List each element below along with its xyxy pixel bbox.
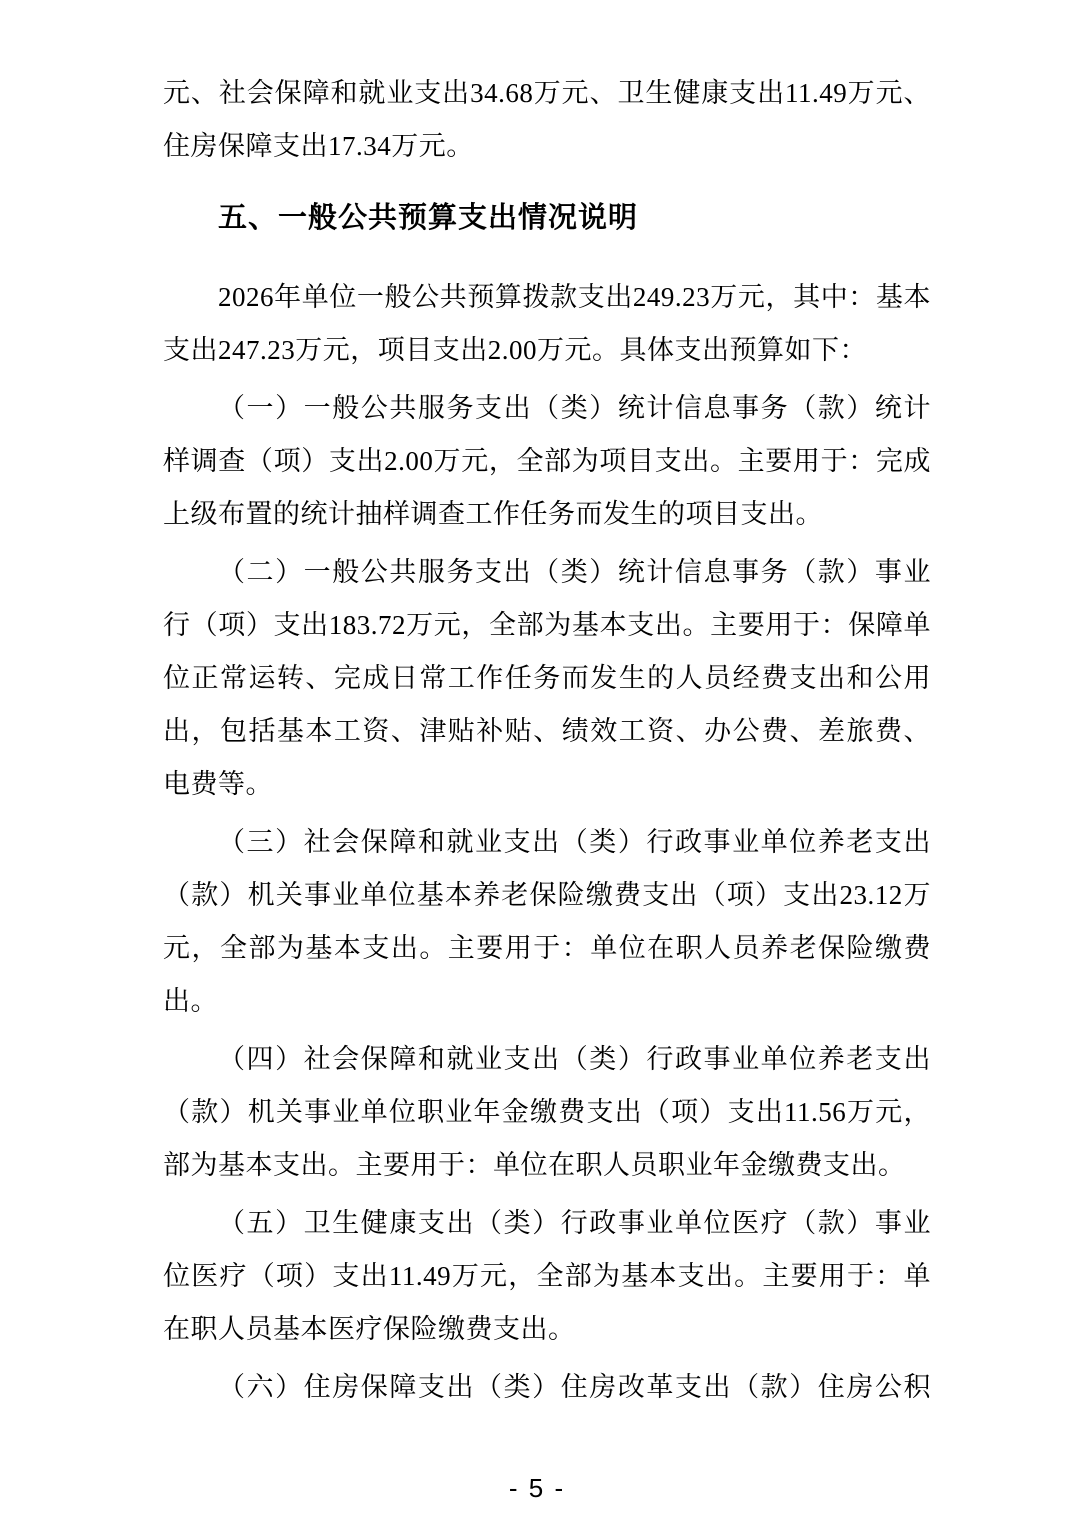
paragraph-item-2: （二）一般公共服务支出（类）统计信息事务（款）事业运 行（项）支出183.72万… [163, 546, 931, 811]
text-line: 上级布置的统计抽样调查工作任务而发生的项目支出。 [163, 488, 931, 541]
paragraph-overview: 2026年单位一般公共预算拨款支出249.23万元，其中：基本 支出247.23… [163, 271, 931, 377]
text-line: 在职人员基本医疗保险缴费支出。 [163, 1303, 931, 1356]
text-line: （六）住房保障支出（类）住房改革支出（款）住房公积金 [163, 1361, 931, 1414]
text-line: 电费等。 [163, 758, 931, 811]
paragraph-item-1: （一）一般公共服务支出（类）统计信息事务（款）统计抽 样调查（项）支出2.00万… [163, 382, 931, 541]
page-body: 元、社会保障和就业支出34.68万元、卫生健康支出11.49万元、 住房保障支出… [163, 67, 931, 1419]
text-line: （一）一般公共服务支出（类）统计信息事务（款）统计抽 [163, 382, 931, 435]
text-line: （款）机关事业单位职业年金缴费支出（项）支出11.56万元，全 [163, 1086, 931, 1139]
page-number: - 5 - [509, 1473, 565, 1503]
text-line: 住房保障支出17.34万元。 [163, 120, 931, 173]
text-line: 出，包括基本工资、津贴补贴、绩效工资、办公费、差旅费、邮 [163, 705, 931, 758]
document-page: 元、社会保障和就业支出34.68万元、卫生健康支出11.49万元、 住房保障支出… [0, 0, 1074, 1520]
section-heading: 五、一般公共预算支出情况说明 [163, 192, 931, 245]
paragraph-item-5: （五）卫生健康支出（类）行政事业单位医疗（款）事业单 位医疗（项）支出11.49… [163, 1197, 931, 1356]
text-line: 位医疗（项）支出11.49万元，全部为基本支出。主要用于：单位 [163, 1250, 931, 1303]
text-line: （五）卫生健康支出（类）行政事业单位医疗（款）事业单 [163, 1197, 931, 1250]
text-line: 行（项）支出183.72万元，全部为基本支出。主要用于：保障单 [163, 599, 931, 652]
text-line: （款）机关事业单位基本养老保险缴费支出（项）支出23.12万 [163, 869, 931, 922]
text-line: 元、社会保障和就业支出34.68万元、卫生健康支出11.49万元、 [163, 67, 931, 120]
paragraph-item-4: （四）社会保障和就业支出（类）行政事业单位养老支出 （款）机关事业单位职业年金缴… [163, 1033, 931, 1192]
text-line: 位正常运转、完成日常工作任务而发生的人员经费支出和公用支 [163, 652, 931, 705]
text-line: 出。 [163, 975, 931, 1028]
text-line: 支出247.23万元，项目支出2.00万元。具体支出预算如下： [163, 324, 931, 377]
text-line: 部为基本支出。主要用于：单位在职人员职业年金缴费支出。 [163, 1139, 931, 1192]
paragraph-item-3: （三）社会保障和就业支出（类）行政事业单位养老支出 （款）机关事业单位基本养老保… [163, 816, 931, 1028]
page-footer: - 5 - [0, 1462, 1074, 1515]
text-line: （三）社会保障和就业支出（类）行政事业单位养老支出 [163, 816, 931, 869]
paragraph-item-6: （六）住房保障支出（类）住房改革支出（款）住房公积金 [163, 1361, 931, 1414]
continued-paragraph: 元、社会保障和就业支出34.68万元、卫生健康支出11.49万元、 住房保障支出… [163, 67, 931, 173]
text-line: 2026年单位一般公共预算拨款支出249.23万元，其中：基本 [163, 271, 931, 324]
text-line: 样调查（项）支出2.00万元，全部为项目支出。主要用于：完成 [163, 435, 931, 488]
text-line: 元，全部为基本支出。主要用于：单位在职人员养老保险缴费支 [163, 922, 931, 975]
text-line: （四）社会保障和就业支出（类）行政事业单位养老支出 [163, 1033, 931, 1086]
text-line: （二）一般公共服务支出（类）统计信息事务（款）事业运 [163, 546, 931, 599]
